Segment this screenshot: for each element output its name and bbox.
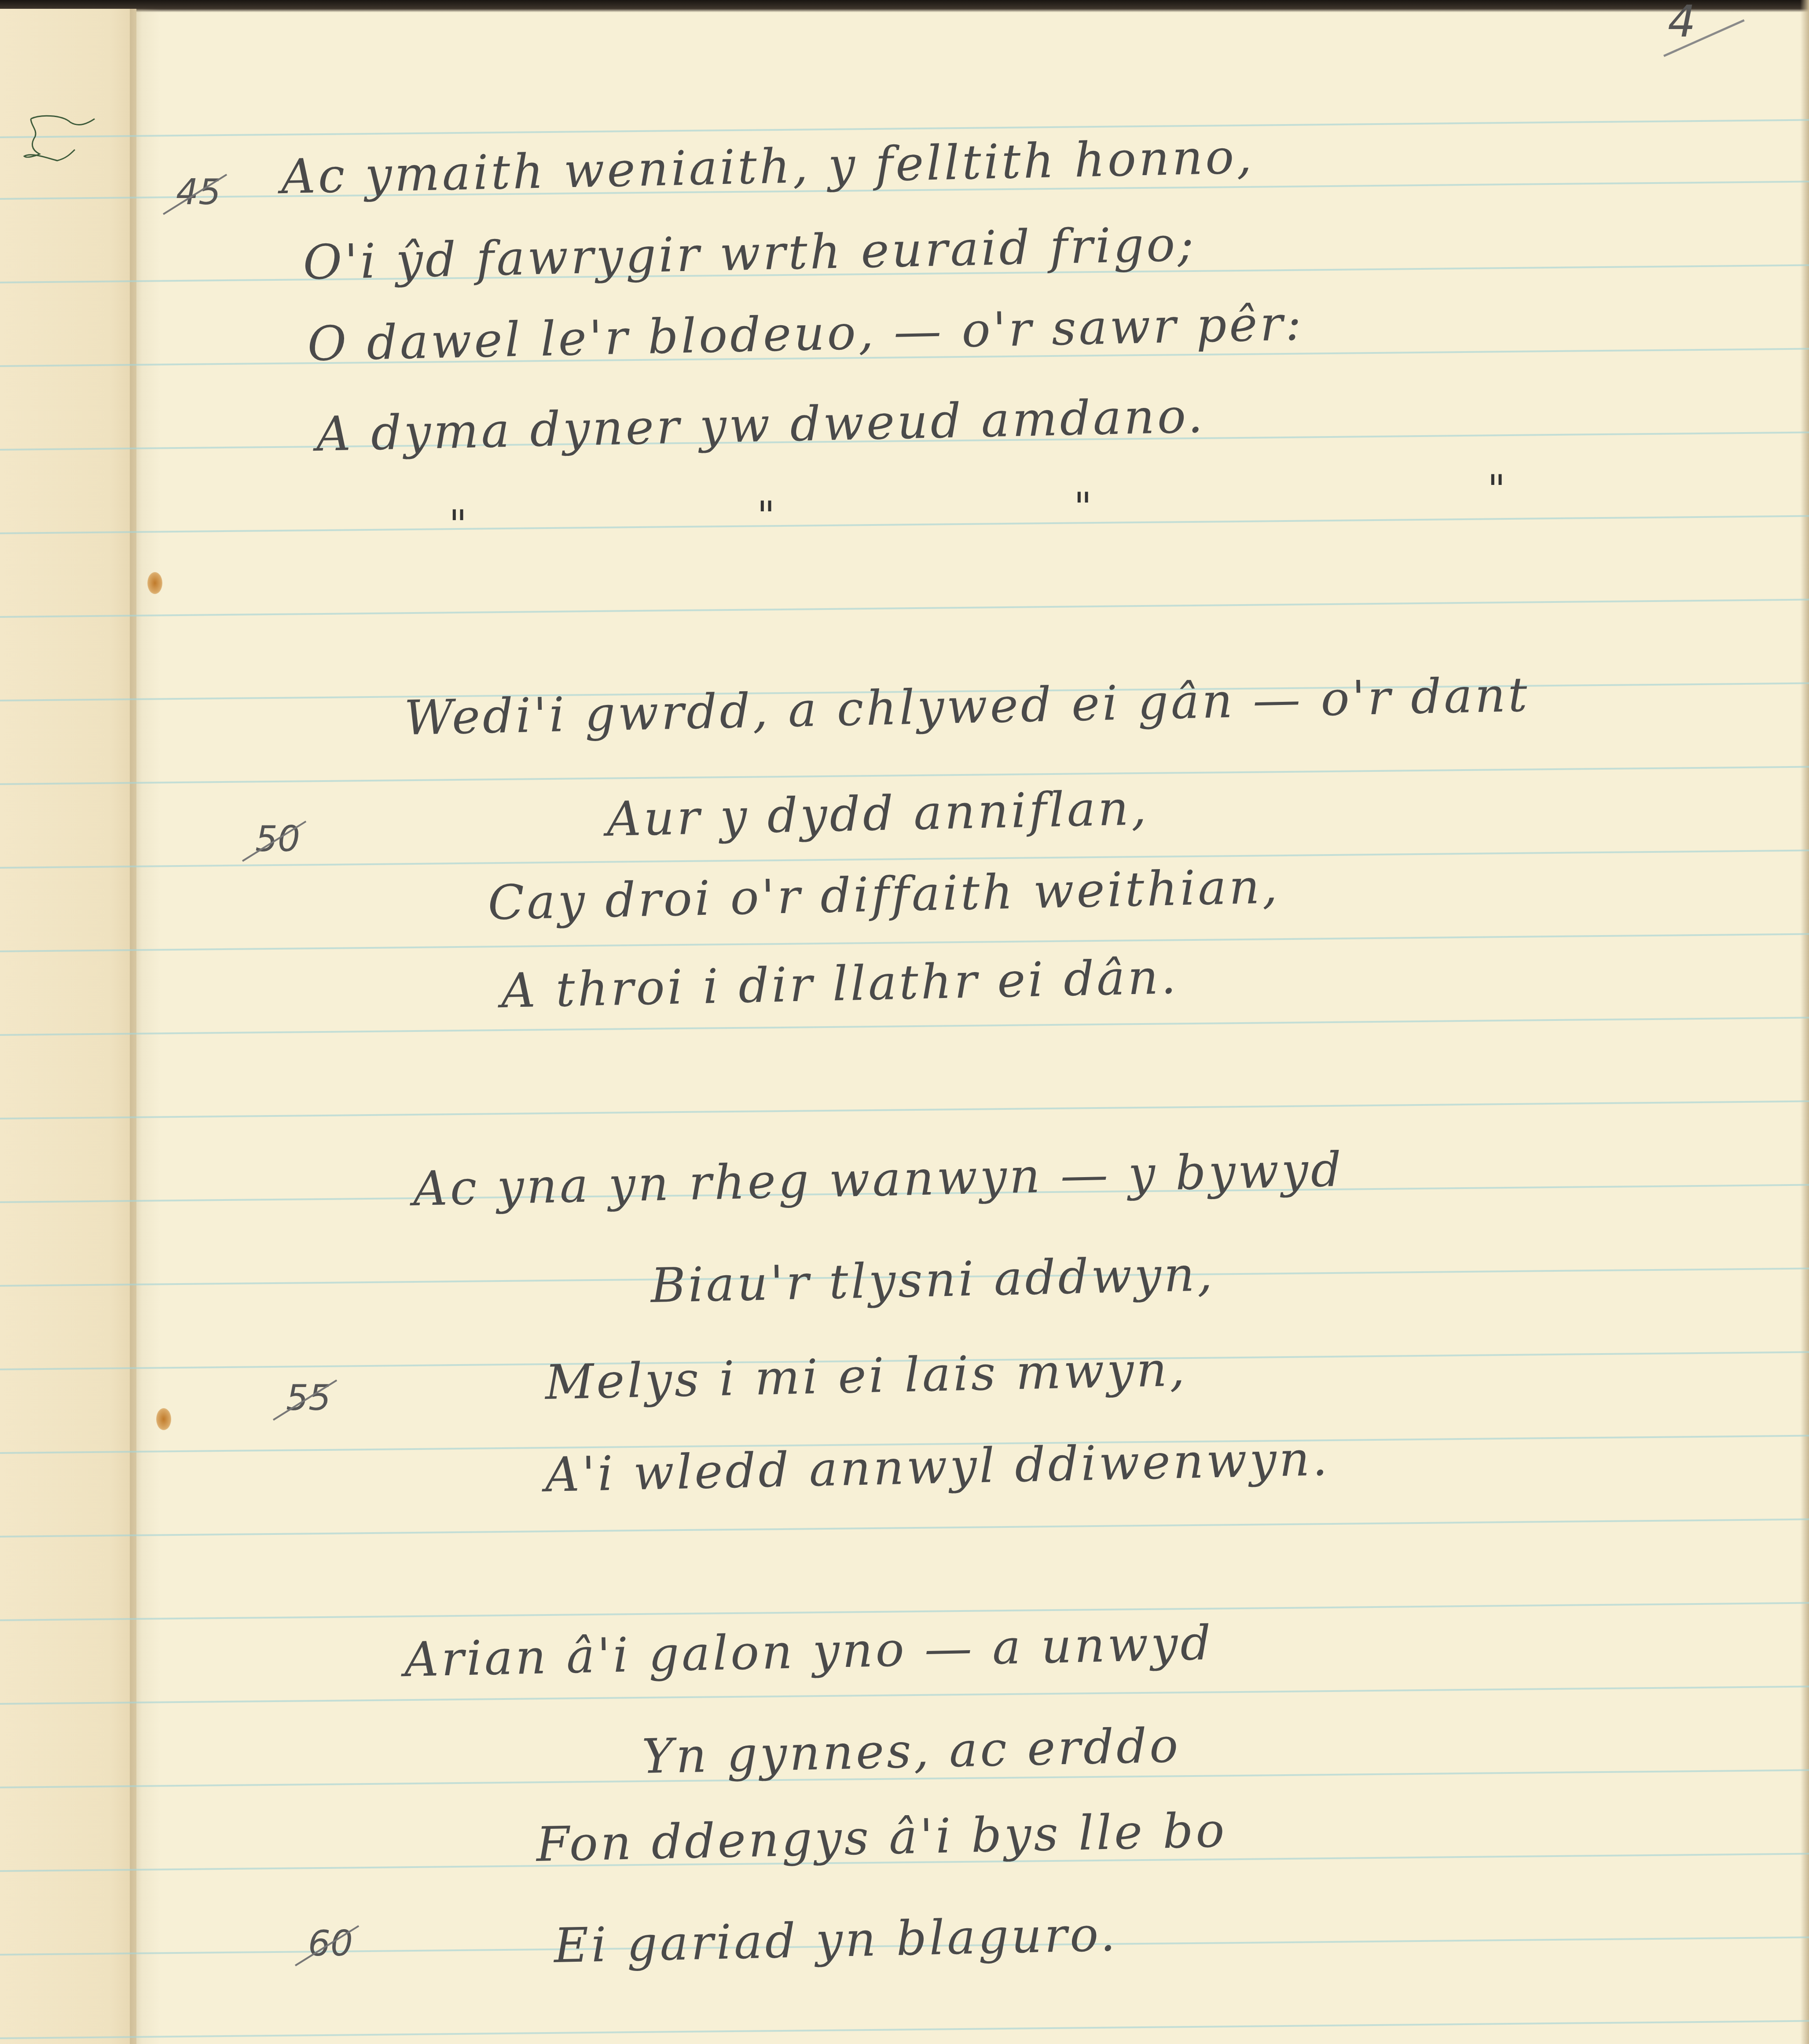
- verse-line: A dyma dyner yw dweud amdano.: [316, 389, 1206, 462]
- rust-stain: [156, 1408, 171, 1430]
- ruled-line: [0, 1016, 1809, 1036]
- ruled-line: [0, 515, 1809, 534]
- verse-line: Arian â'i galon yno — a unwyd: [404, 1616, 1214, 1688]
- ruled-line: [0, 1100, 1809, 1119]
- ruled-line: [0, 1602, 1809, 1621]
- ditto-mark: ": [449, 502, 467, 548]
- ruled-line: [0, 598, 1809, 618]
- verse-line: Wedi'i gwrdd, a chlywed ei gân — o'r dan…: [404, 667, 1530, 746]
- binding-shadow: [0, 0, 1809, 12]
- ruled-line: [0, 119, 1809, 138]
- line-number: 45: [176, 172, 221, 213]
- verse-line: Ac ymaith weniaith, y felltith honno,: [280, 129, 1255, 205]
- ruled-line: [0, 766, 1809, 785]
- verse-line: Yn gynnes, ac erddo: [641, 1718, 1181, 1784]
- verse-line: A'i wledd annwyl ddiwenwyn.: [544, 1431, 1330, 1503]
- ruled-line: [0, 1518, 1809, 1538]
- ditto-mark: ": [1074, 484, 1092, 530]
- rust-stain: [147, 572, 162, 594]
- verse-line: Ac yna yn rheg wanwyn — y bywyd: [412, 1142, 1344, 1217]
- ditto-mark: ": [757, 493, 775, 539]
- page-number: 4: [1668, 0, 1696, 47]
- facing-page-edge: [0, 9, 136, 2044]
- ditto-mark: ": [1487, 466, 1505, 513]
- verse-line: Cay droi o'r diffaith weithian,: [487, 859, 1280, 931]
- ruled-line: [0, 2020, 1809, 2039]
- manuscript-scan: 4 45 50 55 60 Ac ymaith weniaith, y fell…: [0, 0, 1809, 2044]
- page-fold: [130, 9, 161, 2044]
- verse-line: Ei gariad yn blaguro.: [553, 1907, 1118, 1974]
- line-number: 55: [286, 1377, 331, 1418]
- ruled-line: [0, 1685, 1809, 1705]
- verse-line: O dawel le'r blodeuo, — o'r sawr pêr:: [307, 296, 1304, 372]
- verse-line: Fon ddengys â'i bys lle bo: [536, 1803, 1227, 1872]
- verse-line: Aur y dydd anniflan,: [606, 781, 1149, 847]
- margin-scribble-icon: [22, 114, 101, 163]
- line-number: 60: [308, 1923, 353, 1964]
- verse-line: O'i ŷd fawrygir wrth euraid frigo;: [302, 217, 1196, 290]
- page-right-edge: [1800, 0, 1809, 2044]
- verse-line: A throi i dir llathr ei dân.: [500, 950, 1179, 1019]
- line-number: 50: [255, 818, 300, 859]
- verse-line: Biau'r tlysni addwyn,: [650, 1247, 1215, 1314]
- verse-line: Melys i mi ei lais mwyn,: [544, 1342, 1188, 1410]
- ruled-line: [0, 933, 1809, 952]
